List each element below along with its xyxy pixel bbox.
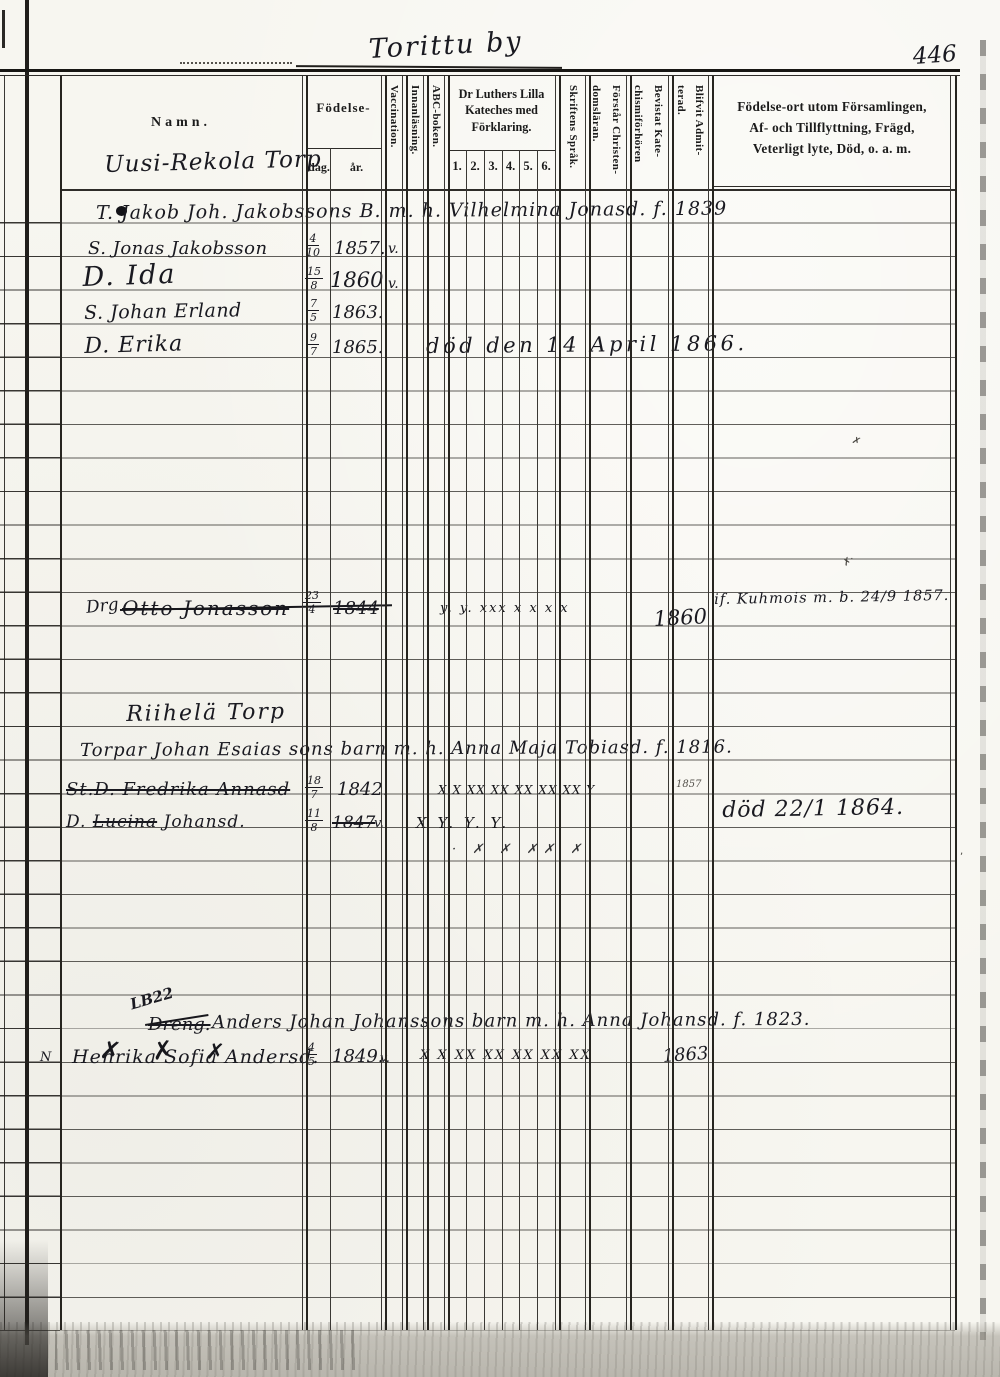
birth-year: 1857. — [334, 238, 386, 259]
column-header-forstar-christendomslaran: Förstår Christen- domsläran. — [589, 80, 626, 193]
kateches-subcol-1: 1. — [448, 159, 466, 174]
column-divider — [402, 76, 403, 1330]
birth-year: 1860 — [330, 268, 383, 292]
family-heading-jakob: T. Jakob Joh. Jakobssons B. m. h. Vilhel… — [96, 198, 727, 224]
table-row-rules — [60, 190, 955, 1331]
column-divider — [559, 76, 561, 1330]
crossout-mark: ✗ — [151, 1035, 175, 1066]
column-header-kateches: Dr Luthers Lilla Kateches med Förklaring… — [448, 86, 555, 135]
column-divider — [668, 76, 669, 1330]
column-divider — [423, 76, 424, 1330]
entry-name: S. Johan Erland — [84, 299, 242, 324]
column-header-innanlasning: Innanläsning. — [405, 80, 425, 193]
column-divider — [484, 150, 485, 1330]
column-divider — [555, 76, 556, 1330]
vaccination-mark: v. — [388, 276, 399, 292]
column-divider — [306, 76, 308, 1330]
margin-mark: N — [40, 1050, 51, 1065]
binding-margin-grid — [0, 190, 60, 1331]
column-divider — [502, 150, 503, 1330]
column-divider — [589, 76, 591, 1330]
birth-year: 1863. — [332, 302, 384, 323]
family-prefix-struck: Dreng. — [148, 1014, 211, 1035]
kateches-subcol-4: 4. — [502, 159, 519, 174]
entry-name-struck: St.D. Fredrika Annasd — [66, 779, 290, 800]
remarks-underline — [714, 186, 950, 187]
column-header-abc-boken: ABC-boken. — [426, 80, 446, 193]
column-divider — [708, 76, 709, 1330]
column-divider — [626, 76, 627, 1330]
section-title-riihela: Riihelä Torp — [126, 699, 286, 727]
entry-prefix: D. — [66, 812, 86, 832]
entry-row-lucina: D. Lucina Johansd. — [66, 812, 246, 832]
examination-marks: X X XX XX XX XX XX Y — [438, 783, 595, 797]
corner-mark — [2, 10, 5, 48]
bottom-ink-streaks — [55, 1330, 355, 1370]
entry-prefix: Drg — [85, 595, 120, 618]
column-divider — [630, 76, 632, 1330]
entry-name: S. Jonas Jakobsson — [88, 238, 268, 259]
page-number: 446 — [912, 41, 958, 70]
column-divider — [712, 76, 714, 1330]
bottom-left-shadow — [0, 1240, 48, 1377]
kateches-subcol-5: 5. — [519, 159, 537, 174]
crossout-mark: ✗ — [205, 1039, 226, 1066]
column-divider — [381, 76, 382, 1330]
death-note: död den 14 April 1866. — [426, 331, 748, 358]
village-title-handwritten: Torittu by — [368, 26, 523, 65]
column-divider — [406, 76, 408, 1330]
column-divider — [448, 76, 450, 1330]
entry-name: Johansd. — [164, 812, 246, 832]
column-divider — [60, 76, 62, 1330]
vaccination-mark: v. — [374, 816, 384, 831]
kateches-subcol-6: 6. — [537, 159, 555, 174]
ink-speck: , — [960, 846, 963, 857]
column-divider — [519, 150, 520, 1330]
column-divider — [330, 148, 331, 1330]
column-divider — [672, 76, 674, 1330]
admitted-year: 1860 — [653, 604, 708, 631]
column-divider — [955, 76, 957, 1330]
kateches-subcol-3: 3. — [484, 159, 502, 174]
examination-marks: X Y. Y. Y. — [416, 814, 509, 832]
column-header-vaccination: Vaccination. — [384, 80, 404, 193]
vaccination-mark: v. — [388, 241, 399, 257]
kateches-subcol-2: 2. — [466, 159, 484, 174]
examination-marks: y. y. xxx x x x x — [440, 601, 570, 616]
column-divider — [537, 150, 538, 1330]
top-rule — [0, 69, 960, 72]
top-rule-2 — [0, 75, 960, 77]
column-divider — [385, 76, 387, 1330]
column-divider — [585, 76, 586, 1330]
column-header-namn: Namn. — [60, 115, 302, 131]
column-header-bevistat-katechismiforhoren: Bevistat Kate- chismiförhören — [630, 80, 668, 193]
column-header-skriftens-sprak: Skriftens Språk. — [561, 80, 585, 193]
birth-year-struck: 1847 — [332, 813, 375, 833]
torn-page-edge — [980, 40, 986, 1340]
entry-name: D. Ida — [82, 259, 177, 293]
column-divider — [302, 76, 303, 1330]
column-divider — [444, 76, 445, 1330]
birth-day-fraction: 97 — [308, 332, 319, 357]
column-divider — [950, 76, 951, 1330]
crossout-mark: ✗ — [98, 1035, 123, 1067]
birth-day-fraction: 410 — [306, 233, 320, 258]
death-note: död 22/1 1864. — [722, 795, 904, 823]
admitted-year-small: 1857 — [676, 779, 701, 790]
birth-year: 1849. — [332, 1046, 384, 1067]
column-header-blifvit-admitterad: Blifvit Admit- terad. — [672, 80, 708, 193]
column-divider — [466, 150, 467, 1330]
parish-register-page: Torittu by 446 Namn. Födelse- dag. år. V… — [0, 0, 1000, 1377]
examination-marks: X X XX XX XX XX XX — [420, 1048, 592, 1063]
birth-year: 1865. — [332, 337, 384, 358]
birth-day-fraction: 75 — [308, 298, 319, 323]
column-header-fodelse: Födelse- — [306, 100, 381, 116]
entry-name: D. Erika — [84, 331, 184, 359]
column-header-ar: år. — [332, 160, 381, 175]
column-divider — [427, 76, 429, 1330]
section-title-uusi-rekola: Uusi-Rekola Torp — [104, 146, 322, 178]
column-header-remarks: Födelse-ort utom Församlingen, Af- och T… — [714, 96, 950, 159]
title-lead-squiggle — [180, 62, 292, 64]
entry-name-struck-part: Lucina — [93, 812, 157, 832]
birth-year-struck: 1844 — [333, 598, 379, 619]
admitted-year: 1863 — [662, 1043, 709, 1067]
